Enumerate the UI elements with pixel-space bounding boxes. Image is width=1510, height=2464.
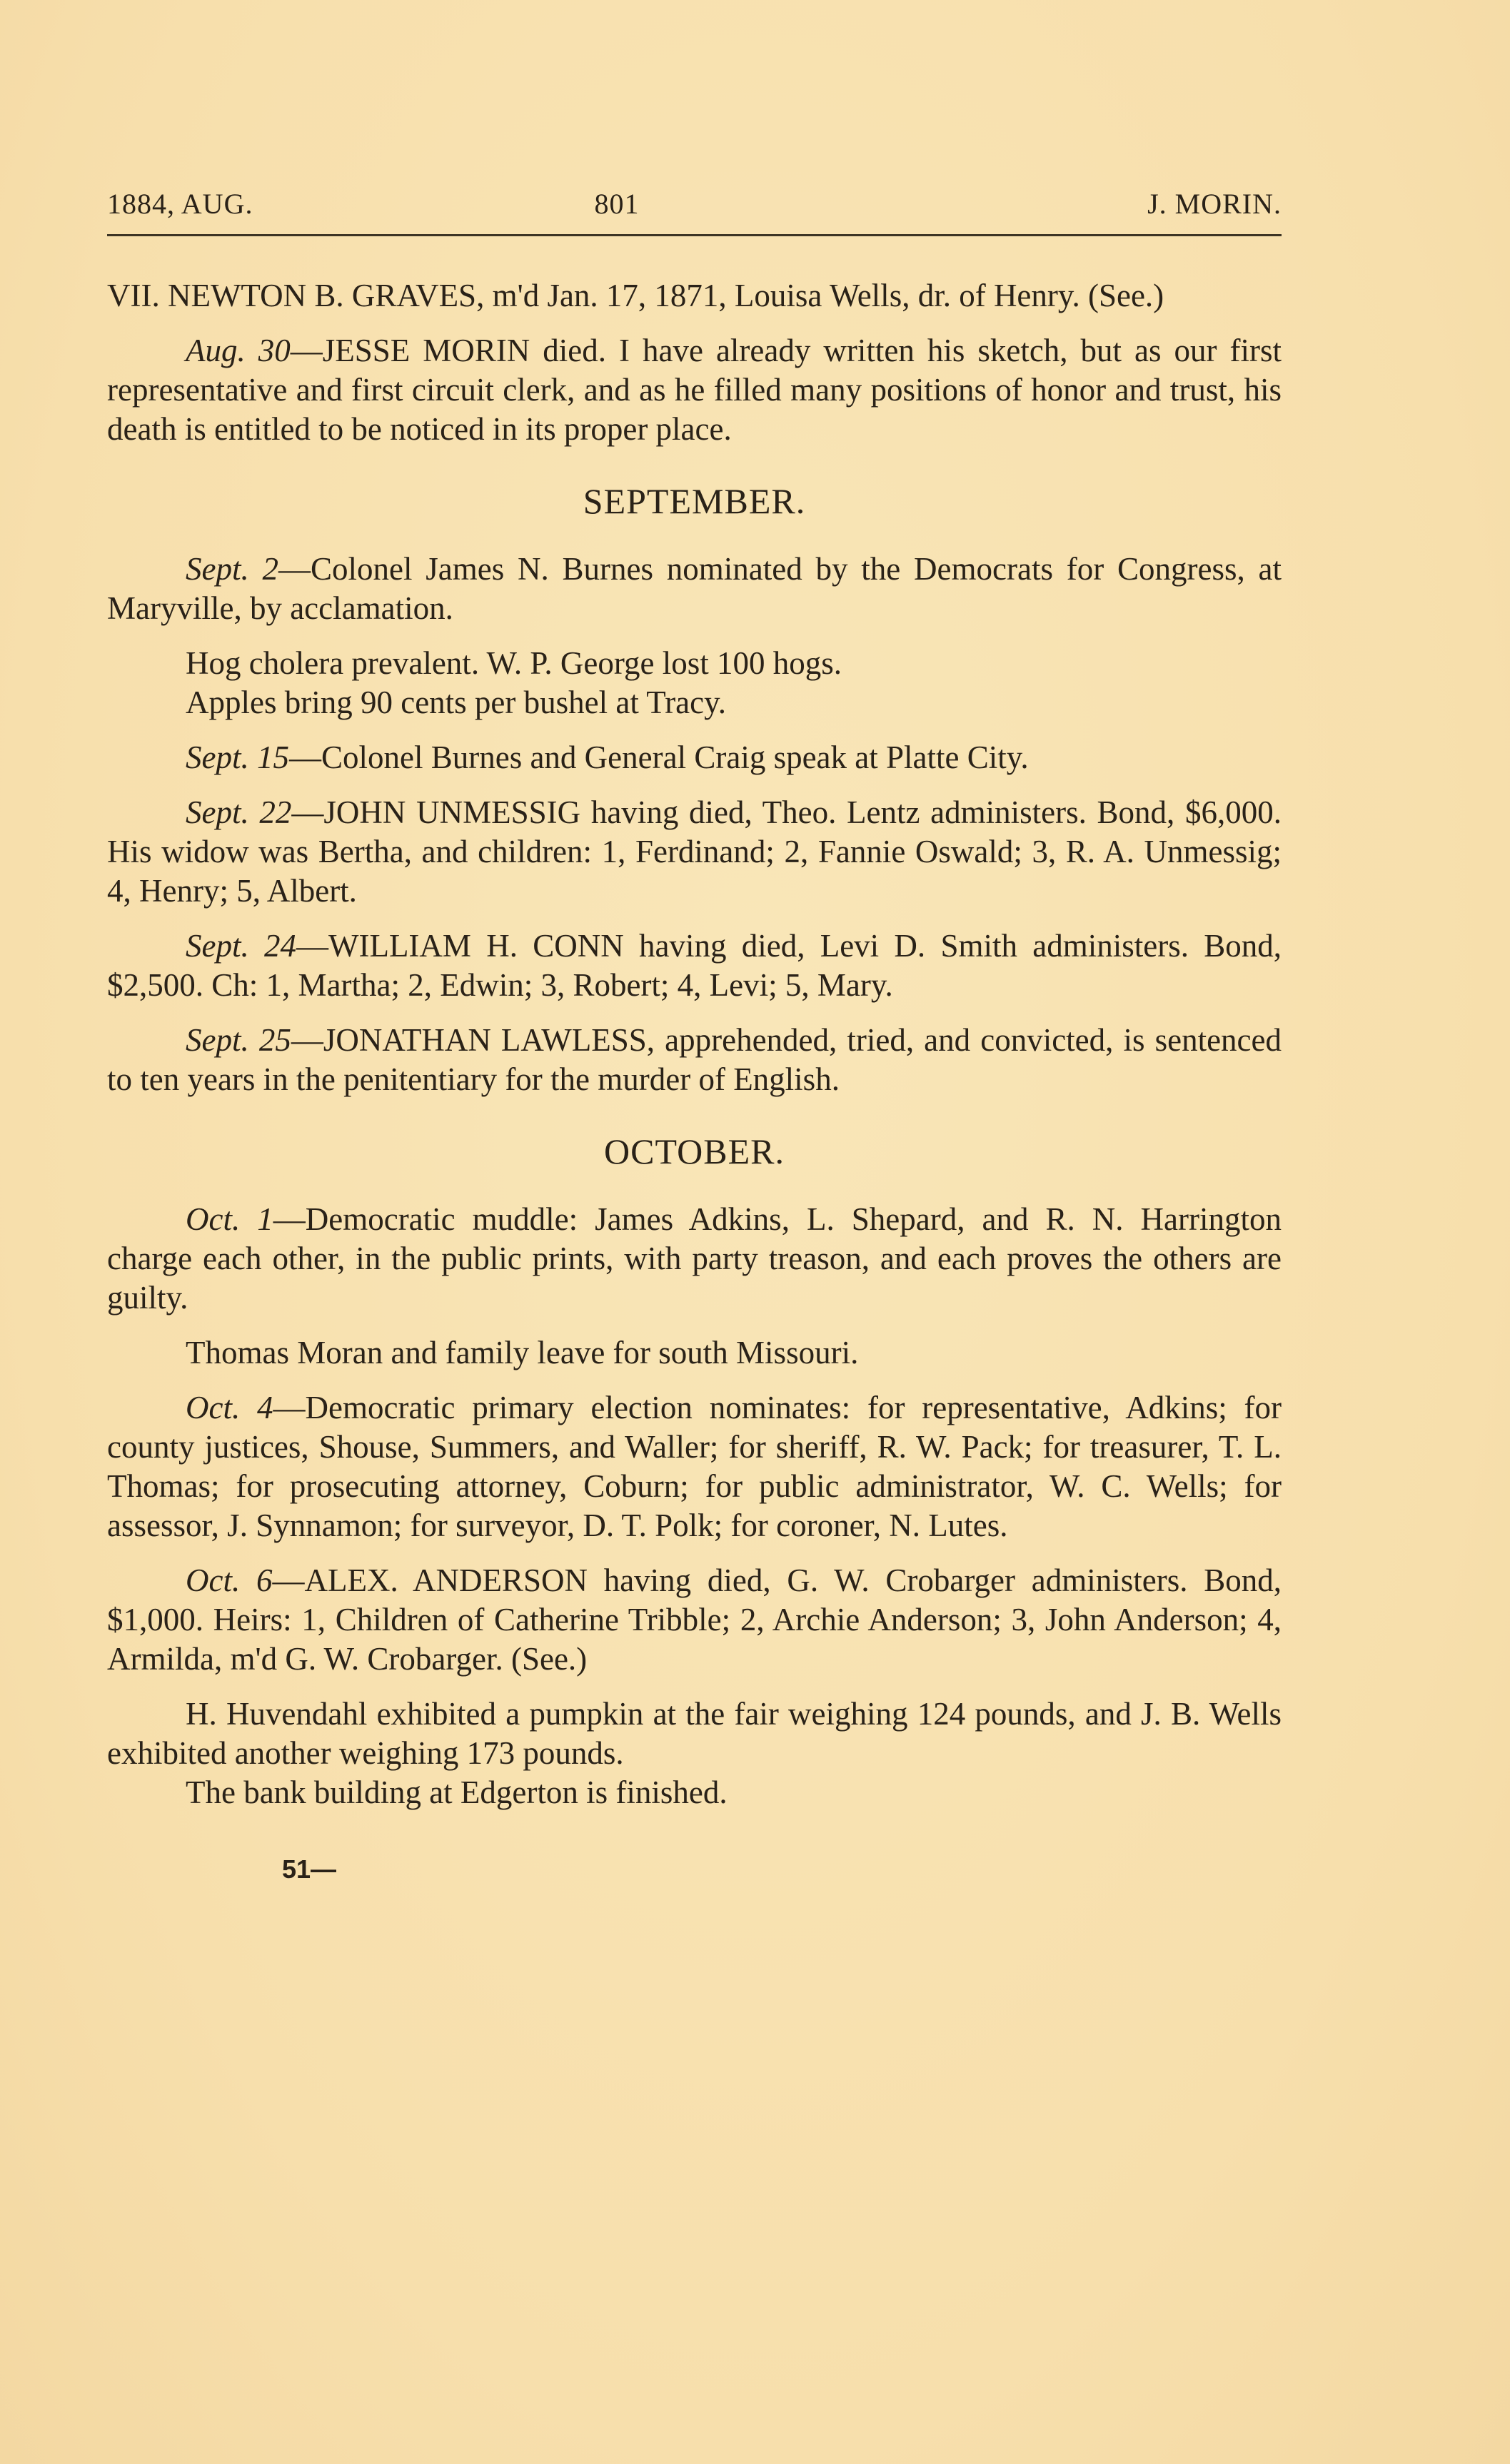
entry-date: Sept. 24 [186,928,296,964]
entry-text: —Democratic primary election nominates: … [107,1390,1282,1543]
entry-text: —Democratic muddle: James Adkins, L. She… [107,1201,1282,1316]
entry-text: —Colonel Burnes and General Craig speak … [289,739,1029,775]
entry-sept-24: Sept. 24—WILLIAM H. CONN having died, Le… [107,926,1282,1005]
entry-date: Aug. 30 [186,333,291,368]
entry-sept-2: Sept. 2—Colonel James N. Burnes nominate… [107,550,1282,628]
running-head-right: J. MORIN. [1147,187,1282,221]
entry-oct-1: Oct. 1—Democratic muddle: James Adkins, … [107,1200,1282,1318]
entry-date: Sept. 25 [186,1022,291,1058]
entry-hog-cholera: Hog cholera prevalent. W. P. George lost… [107,644,1282,683]
entry-date: Oct. 6 [186,1562,272,1598]
entry-aug-30: Aug. 30—JESSE MORIN died. I have already… [107,331,1282,449]
running-head: 1884, AUG. 801 J. MORIN. [107,187,1282,228]
page-body: VII. NEWTON B. GRAVES, m'd Jan. 17, 1871… [107,276,1282,1889]
entry-apples: Apples bring 90 cents per bushel at Trac… [107,683,1282,722]
entry-sept-22: Sept. 22—JOHN UNMESSIG having died, Theo… [107,793,1282,911]
entry-date: Sept. 22 [186,794,291,830]
entry-date: Oct. 4 [186,1390,273,1425]
book-page: 1884, AUG. 801 J. MORIN. VII. NEWTON B. … [107,187,1282,1889]
entry-oct-4: Oct. 4—Democratic primary election nomin… [107,1388,1282,1545]
page-number: 801 [595,187,640,221]
entry-text: —Colonel James N. Burnes nominated by th… [107,551,1282,626]
entry-thomas-moran: Thomas Moran and family leave for south … [107,1333,1282,1373]
entry-graves: VII. NEWTON B. GRAVES, m'd Jan. 17, 1871… [107,276,1282,315]
entry-date: Oct. 1 [186,1201,273,1237]
running-head-left: 1884, AUG. [107,187,253,221]
section-heading-september: SEPTEMBER. [107,482,1282,521]
entry-date: Sept. 2 [186,551,278,587]
entry-sept-15: Sept. 15—Colonel Burnes and General Crai… [107,738,1282,777]
signature-mark: 51— [282,1849,1282,1889]
entry-date: Sept. 15 [186,739,289,775]
section-heading-october: OCTOBER. [107,1132,1282,1171]
entry-bank-building: The bank building at Edgerton is finishe… [107,1773,1282,1812]
entry-text: —ALEX. ANDERSON having died, G. W. Croba… [107,1562,1282,1677]
entry-sept-25: Sept. 25—JONATHAN LAWLESS, apprehended, … [107,1021,1282,1099]
header-rule [107,234,1282,236]
entry-pumpkin: H. Huvendahl exhibited a pumpkin at the … [107,1695,1282,1773]
entry-oct-6: Oct. 6—ALEX. ANDERSON having died, G. W.… [107,1561,1282,1679]
